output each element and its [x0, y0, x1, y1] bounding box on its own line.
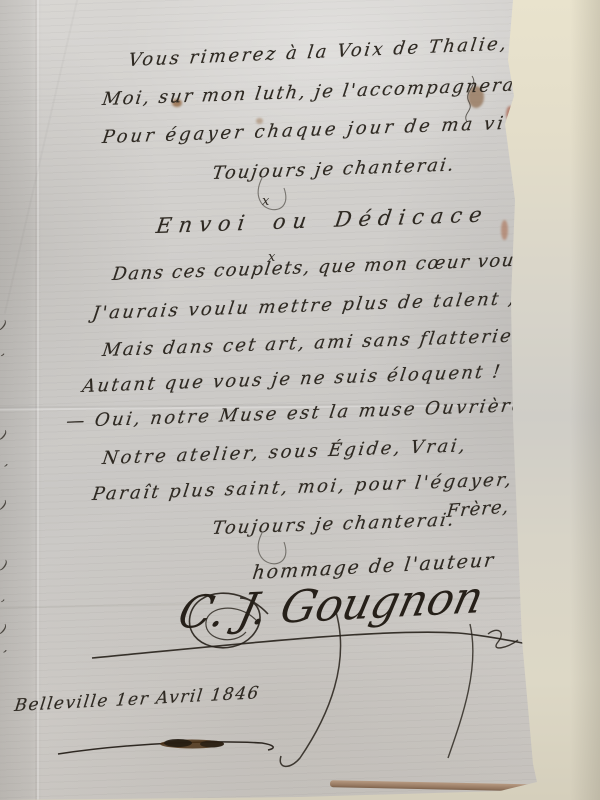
poem-line: Mais dans cet art, ami sans flatterie,: [102, 325, 521, 361]
section-mark-top: x: [262, 194, 269, 209]
poem-line: Vous rimerez à la Voix de Thalie,: [128, 33, 509, 71]
poem-line: Dans ces couplets, que mon cœur vous déd…: [112, 247, 599, 285]
author-signature: C. J. Gougnon: [178, 572, 484, 639]
vertical-fold-highlight: [37, 0, 39, 800]
section-heading: Envoi ou Dédicace: [156, 202, 489, 238]
poem-line: Toujours je chanterai.: [212, 510, 456, 539]
bottom-paper-edge: [330, 780, 600, 793]
poem-line: Moi, sur mon luth, je l'accompagnerai: [102, 74, 524, 110]
poem-line: J'aurais voulu mettre plus de talent ;: [92, 288, 518, 324]
poem-line: Notre atelier, sous Égide, Vrai,: [102, 435, 468, 469]
place-date-line: Belleville 1er Avril 1846: [14, 683, 260, 716]
backdrop-shadow: [570, 0, 600, 800]
poem-line: Toujours je chanterai.: [212, 155, 456, 184]
edge-stain-lower: [501, 220, 508, 240]
manuscript-page: Vous rimerez à la Voix de Thalie, Moi, s…: [0, 0, 600, 800]
poem-line: Pour égayer chaque jour de ma vie,: [102, 112, 529, 148]
poem-line: — Oui, notre Muse est la muse Ouvrière,: [66, 395, 533, 432]
poem-line: Autant que vous je ne suis éloquent !: [82, 361, 502, 397]
